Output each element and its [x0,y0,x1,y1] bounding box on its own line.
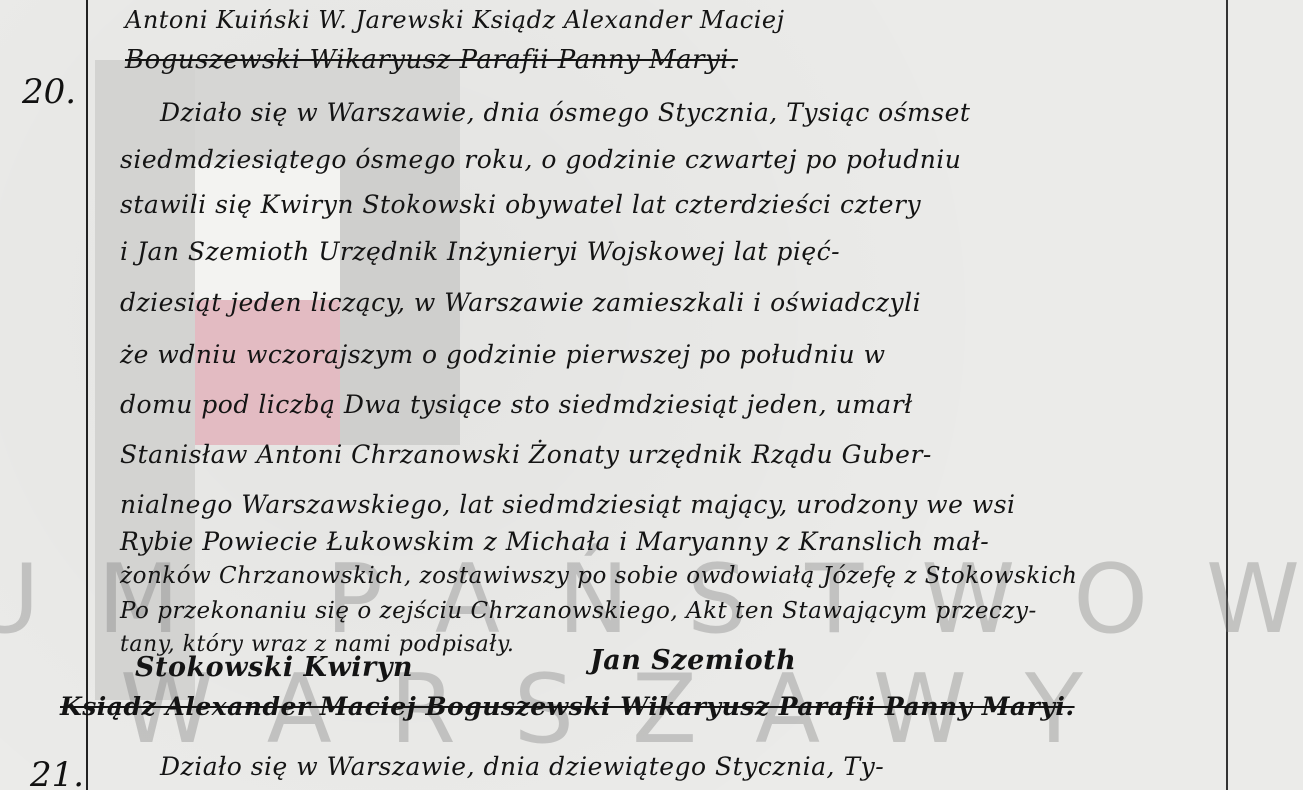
record-line: domu pod liczbą Dwa tysiące sto siedmdzi… [120,390,1233,419]
entry-number: 20. [22,72,76,112]
record-line: dziesiąt jeden liczący, w Warszawie zami… [120,288,1233,317]
header-line: Antoni Kuiński W. Jarewski Ksiądz Alexan… [125,6,1233,34]
record-line: i Jan Szemioth Urzędnik Inżynieryi Wojsk… [120,237,1233,266]
record-line: Po przekonaniu się o zejściu Chrzanowski… [120,598,1233,624]
record-line: że wdniu wczorajszym o godzinie pierwsze… [120,340,1233,369]
record-line: siedmdziesiątego ósmego roku, o godzinie… [120,145,1233,174]
header-line: Boguszewski Wikaryusz Parafii Panny Mary… [125,45,1233,75]
record-line: nialnego Warszawskiego, lat siedmdziesią… [120,490,1233,519]
signature-priest: Ksiądz Alexander Maciej Boguszewski Wika… [60,692,1233,721]
record-line: Działo się w Warszawie, dnia dziewiątego… [160,752,1233,781]
scan-light-block [195,165,340,300]
record-line: Rybie Powiecie Łukowskim z Michała i Mar… [120,527,1233,556]
record-line: stawili się Kwiryn Stokowski obywatel la… [120,190,1233,219]
record-line: Działo się w Warszawie, dnia ósmego Styc… [160,98,1233,127]
record-line: Stanisław Antoni Chrzanowski Żonaty urzę… [120,440,1233,469]
signature-szemioth: Jan Szemioth [590,645,1233,676]
record-line: żonków Chrzanowskich, zostawiwszy po sob… [120,563,1233,589]
entry-number: 21. [30,755,84,790]
pink-highlight-region [195,300,340,445]
left-margin-rule [86,0,88,790]
scanned-document-page: UM PAŃSTWOWE WARSZAWY Antoni Kuiński W. … [0,0,1303,790]
